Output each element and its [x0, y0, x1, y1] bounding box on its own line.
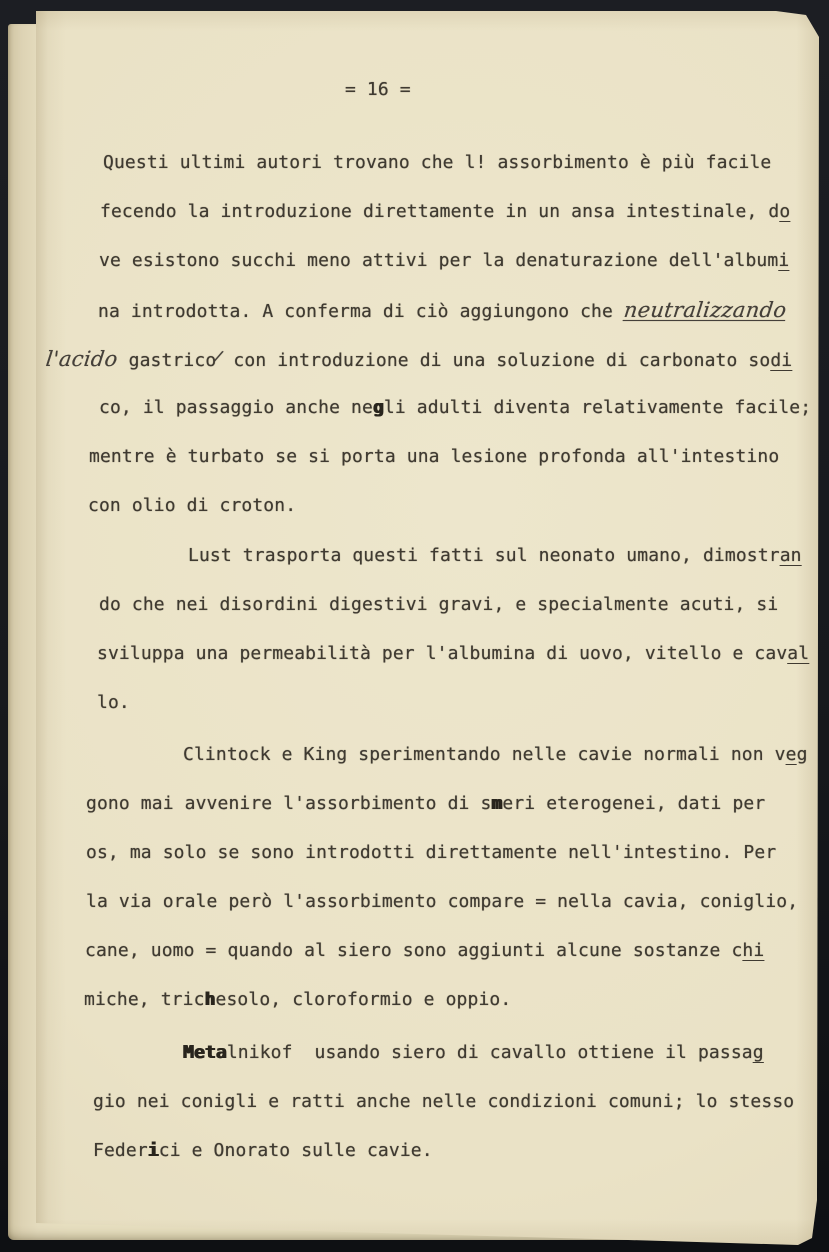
overstruck-text: h [205, 989, 216, 1010]
underlined-text: o [779, 201, 790, 222]
typed-text: la via orale però l'assorbimento compare… [86, 891, 798, 912]
typed-text: do che nei disordini digestivi gravi, e … [99, 594, 778, 615]
paragraph-2-line-4: lo. [97, 691, 130, 715]
typed-text: na introdotta. A conferma di ciò aggiung… [98, 301, 624, 322]
typed-text: lnikof usando siero di cavallo ottiene i… [227, 1042, 753, 1063]
paragraph-1-line-1: Questi ultimi autori trovano che l! asso… [103, 151, 771, 175]
paragraph-1-line-5: l'acido gastrico/ con introduzione di un… [46, 347, 792, 373]
underlined-text: hi [742, 940, 764, 961]
typed-text: eri eterogenei, dati per [502, 793, 765, 814]
handwritten-text: l'acido [45, 347, 120, 371]
typed-text: os, ma solo se sono introdotti direttame… [86, 842, 776, 863]
underlined-text: e [786, 744, 797, 765]
paragraph-4-line-1: Metalnikof usando siero di cavallo ottie… [183, 1041, 764, 1065]
paragraph-2-line-3: sviluppa una permeabilità per l'albumina… [97, 642, 809, 666]
typed-text: gastrico [118, 350, 217, 371]
typed-text: sviluppa una permeabilità per l'albumina… [97, 643, 787, 664]
paragraph-3-line-6: miche, trichesolo, cloroformio e oppio. [84, 988, 511, 1012]
typed-text: gono mai avvenire l'assorbimento di s [86, 793, 491, 814]
paragraph-1-line-4: na introdotta. A conferma di ciò aggiung… [98, 298, 786, 324]
underlined-text: al [787, 643, 809, 664]
paragraph-3-line-2: gono mai avvenire l'assorbimento di smer… [86, 792, 765, 816]
paragraph-3-line-1: Clintock e King sperimentando nelle cavi… [183, 743, 808, 767]
typed-text: ci e Onorato sulle cavie. [159, 1140, 433, 1161]
paragraph-1-line-3: ve esistono succhi meno attivi per la de… [99, 249, 789, 273]
typed-text: g [797, 744, 808, 765]
paragraph-1-line-7: mentre è turbato se si porta una lesione… [89, 445, 779, 469]
page-number: = 16 = [345, 78, 411, 102]
paragraph-1-line-8: con olio di croton. [88, 494, 296, 518]
overstruck-text: m [491, 793, 502, 814]
typed-text: esolo, cloroformio e oppio. [216, 989, 512, 1010]
typed-text: miche, tric [84, 989, 205, 1010]
paragraph-3-line-5: cane, uomo = quando al siero sono aggiun… [85, 939, 764, 963]
paragraph-3-line-4: la via orale però l'assorbimento compare… [86, 890, 798, 914]
typed-text: mentre è turbato se si porta una lesione… [89, 446, 779, 467]
typed-text: Clintock e King sperimentando nelle cavi… [183, 744, 786, 765]
underlined-text: g [753, 1042, 764, 1063]
typed-text: gio nei conigli e ratti anche nelle cond… [93, 1091, 794, 1112]
typed-text: li adulti diventa relativamente facile; [384, 397, 811, 418]
typed-text: cane, uomo = quando al siero sono aggiun… [85, 940, 742, 961]
paragraph-1-line-2: fecendo la introduzione direttamente in … [100, 200, 790, 224]
handwritten-text: neutralizzando [622, 298, 787, 322]
paragraph-4-line-2: gio nei conigli e ratti anche nelle cond… [93, 1090, 794, 1114]
typed-text: Questi ultimi autori trovano che l! asso… [103, 152, 771, 173]
underlined-text: di [770, 350, 792, 371]
typed-text: Feder [93, 1140, 148, 1161]
paragraph-1-line-6: co, il passaggio anche negli adulti dive… [99, 396, 811, 420]
paragraph-3-line-3: os, ma solo se sono introdotti direttame… [86, 841, 776, 865]
scan-viewport: { "colors": { "scan_background": "#17191… [0, 0, 829, 1252]
page-text: = 16 = Questi ultimi autori trovano che … [0, 0, 829, 1252]
typed-text: Lust trasporta questi fatti sul neonato … [188, 545, 780, 566]
overstruck-text: Meta [183, 1042, 227, 1063]
overstruck-text: i [148, 1140, 159, 1161]
typed-text: co, il passaggio anche ne [99, 397, 373, 418]
underlined-text: i [778, 250, 789, 271]
paragraph-2-line-2: do che nei disordini digestivi gravi, e … [99, 593, 778, 617]
typed-text: fecendo la introduzione direttamente in … [100, 201, 779, 222]
typed-text: ve esistono succhi meno attivi per la de… [99, 250, 778, 271]
typed-text: con olio di croton. [88, 495, 296, 516]
overstruck-text: g [373, 397, 384, 418]
paragraph-4-line-3: Federici e Onorato sulle cavie. [93, 1139, 433, 1163]
typed-text: con introduzione di una soluzione di car… [222, 350, 770, 371]
paragraph-2-line-1: Lust trasporta questi fatti sul neonato … [188, 544, 802, 568]
typed-text: lo. [97, 692, 130, 713]
underlined-text: an [780, 545, 802, 566]
